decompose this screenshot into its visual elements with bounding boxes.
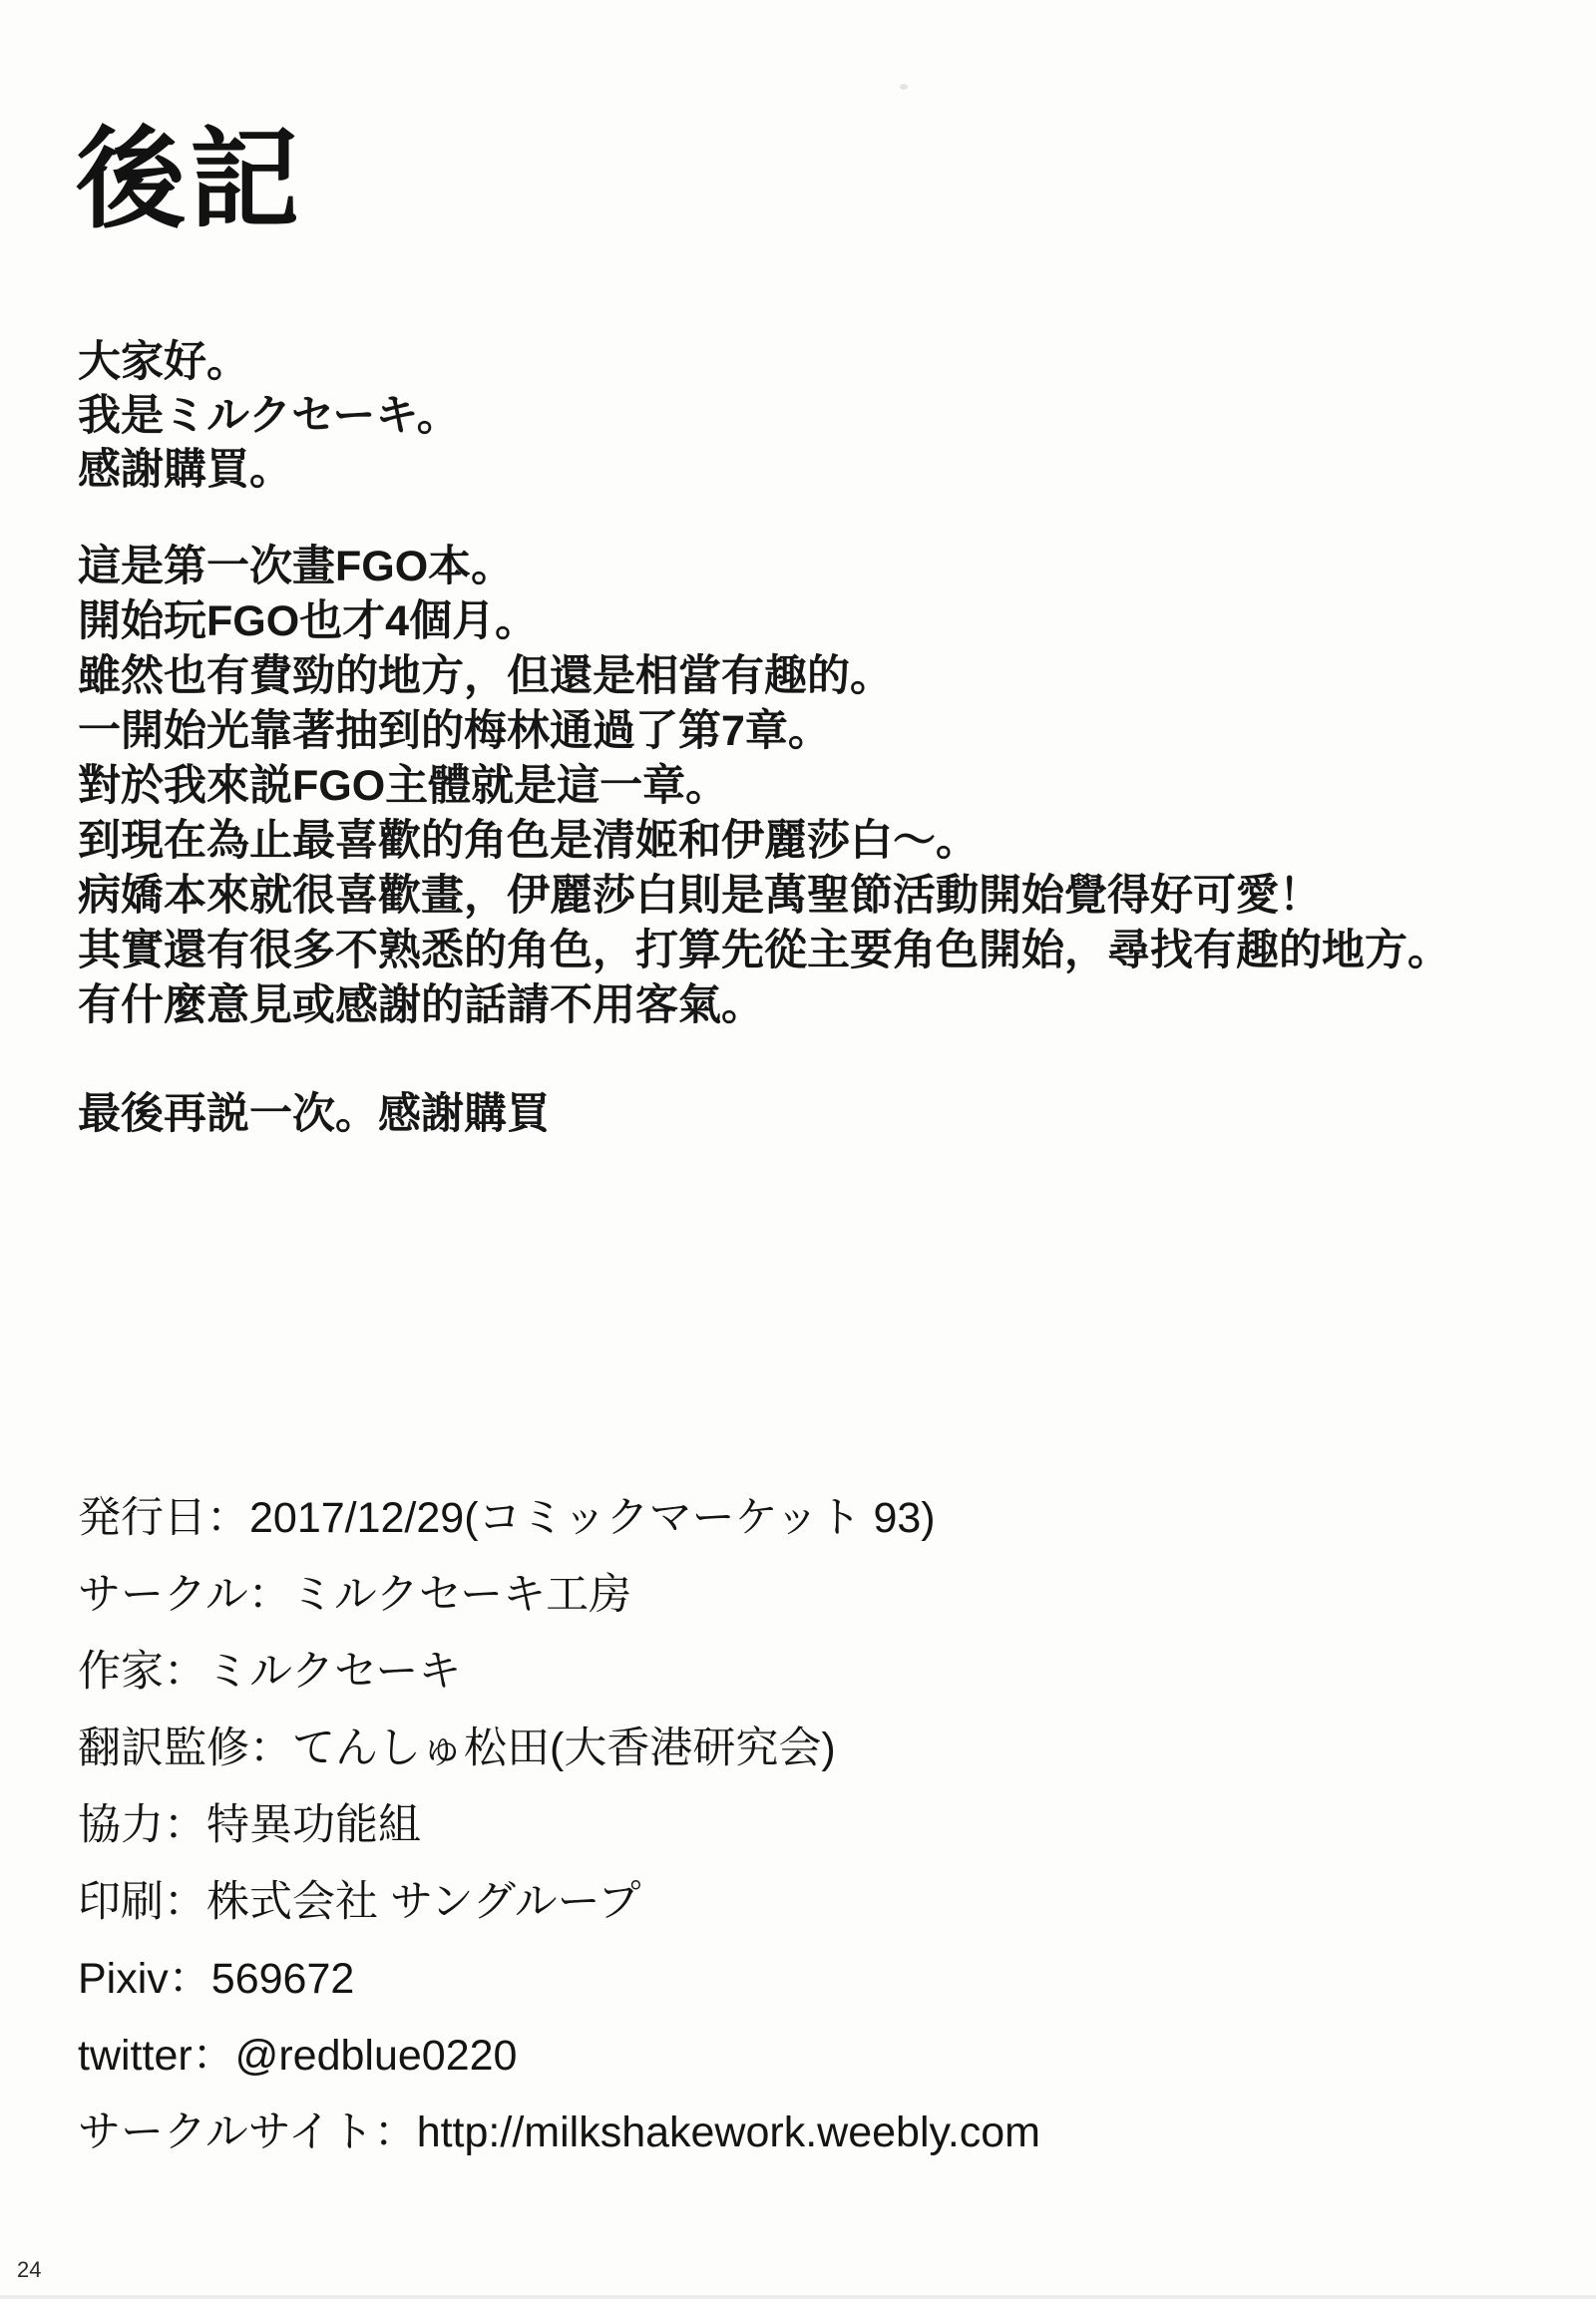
page-title: 後記 — [76, 92, 303, 249]
greeting-line: 大家好。 — [78, 335, 460, 389]
colophon-line-pixiv-id: Pixiv：569672 — [78, 1941, 1040, 2018]
colophon-line-circle-website-url: サークルサイト：http://milkshakework.weebly.com — [78, 2095, 1040, 2171]
greeting-paragraph: 大家好。 我是ミルクセーキ。 感謝購買。 — [78, 335, 460, 497]
greeting-line: 我是ミルクセーキ。 — [78, 389, 460, 443]
greeting-line: 感謝購買。 — [78, 443, 460, 497]
afterword-page: 後記 大家好。 我是ミルクセーキ。 感謝購買。 這是第一次畫FGO本。 開始玩F… — [0, 0, 1596, 2299]
colophon: 発行日：2017/12/29(コミックマーケット 93) サークル：ミルクセーキ… — [78, 1480, 1040, 2171]
body-paragraph: 這是第一次畫FGO本。 開始玩FGO也才4個月。 雖然也有費勁的地方，但還是相當… — [78, 540, 1450, 1033]
closing-line-text: 最後再説一次。感謝購買 — [78, 1087, 550, 1142]
colophon-line-twitter-handle: twitter：@redblue0220 — [78, 2018, 1040, 2095]
body-line: 有什麼意見或感謝的話請不用客氣。 — [78, 978, 1450, 1033]
colophon-line-translation-supervisor: 翻訳監修：てんしゅ松田(大香港研究会) — [78, 1711, 1040, 1787]
body-line: 其實還有很多不熟悉的角色，打算先從主要角色開始，尋找有趣的地方。 — [78, 924, 1450, 978]
body-line: 到現在為止最喜歡的角色是清姬和伊麗莎白～。 — [78, 814, 1450, 869]
body-line: 一開始光靠著抽到的梅林通過了第7章。 — [78, 704, 1450, 759]
scan-artifact-dot — [900, 84, 908, 90]
colophon-line-cooperation: 協力：特異功能組 — [78, 1787, 1040, 1864]
closing-line: 最後再説一次。感謝購買 — [78, 1087, 550, 1142]
colophon-line-circle: サークル：ミルクセーキ工房 — [78, 1557, 1040, 1634]
colophon-line-publication-date: 発行日：2017/12/29(コミックマーケット 93) — [78, 1480, 1040, 1557]
body-line: 這是第一次畫FGO本。 — [78, 540, 1450, 594]
body-line: 對於我來説FGO主體就是這一章。 — [78, 759, 1450, 814]
colophon-line-author: 作家：ミルクセーキ — [78, 1634, 1040, 1711]
colophon-line-printer: 印刷：株式会社 サングループ — [78, 1864, 1040, 1941]
body-line: 雖然也有費勁的地方，但還是相當有趣的。 — [78, 649, 1450, 704]
body-line: 開始玩FGO也才4個月。 — [78, 594, 1450, 649]
body-line: 病嬌本來就很喜歡畫，伊麗莎白則是萬聖節活動開始覺得好可愛！ — [78, 869, 1450, 924]
page-number: 24 — [17, 2257, 41, 2283]
scan-bottom-edge — [0, 2295, 1596, 2299]
